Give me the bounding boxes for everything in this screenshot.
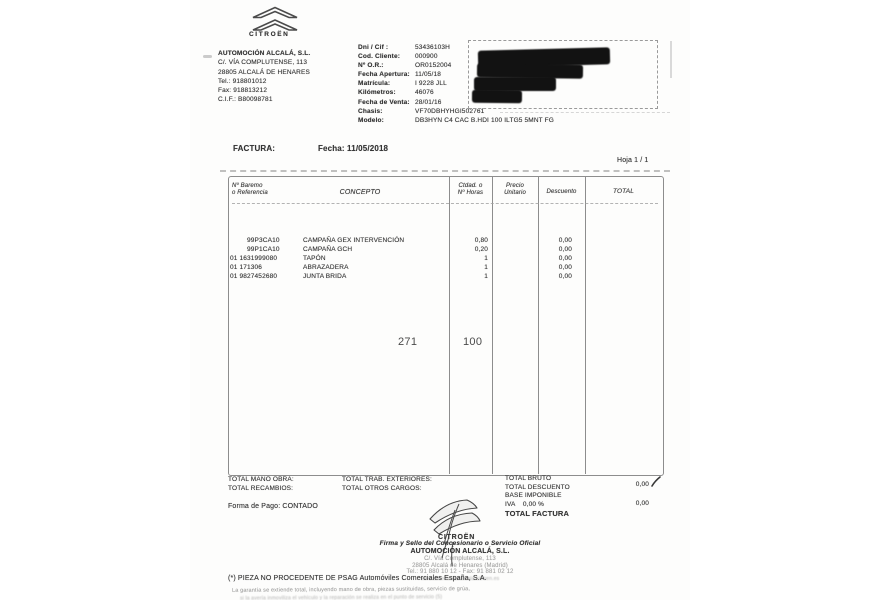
redaction-mark xyxy=(472,90,522,104)
citroen-logo-icon xyxy=(250,6,300,32)
brand-wordmark: CITROËN xyxy=(249,31,289,38)
field-value: I 9228 JLL xyxy=(415,80,447,87)
item-ref: 99P3CA10 xyxy=(247,237,280,244)
col-header-line: Unitario xyxy=(493,190,537,197)
field-label: Nº O.R.: xyxy=(358,61,415,70)
iva-label: IVA 0,00 % xyxy=(505,501,544,508)
item-qty: 0,80 xyxy=(444,237,488,244)
field-value: 11/05/18 xyxy=(415,71,441,78)
field-label: Chasis: xyxy=(358,107,415,116)
dealer-address2: 28805 ALCALÁ DE HENARES xyxy=(218,68,310,77)
iva-value: 0,00 xyxy=(625,500,649,507)
total-mano-obra-label: TOTAL MANO OBRA: xyxy=(228,476,294,483)
field-label: Fecha de Venta: xyxy=(358,98,415,107)
total-bruto-label: TOTAL BRUTO xyxy=(505,475,551,482)
field-label: Matrícula: xyxy=(358,79,415,88)
item-discount: 0,00 xyxy=(528,246,572,253)
total-trab-exteriores-label: TOTAL TRAB. EXTERIORES: xyxy=(342,476,432,483)
col-header-precio: Precio Unitario xyxy=(493,183,537,197)
overlay-number-left: 271 xyxy=(398,336,417,348)
dealer-fax: Fax: 918813212 xyxy=(218,86,310,95)
item-qty: 1 xyxy=(444,273,488,280)
doc-type-label: FACTURA: xyxy=(233,144,275,153)
item-concept: CAMPAÑA GEX INTERVENCIÓN xyxy=(303,237,404,244)
dealer-info: AUTOMOCIÓN ALCALÁ, S.L. C/. VÍA COMPLUTE… xyxy=(218,49,310,105)
dealer-tel: Tel.: 918801012 xyxy=(218,77,310,86)
field-label: Modelo: xyxy=(358,116,415,125)
field-value: OR0152004 xyxy=(415,62,451,69)
col-header-referencia: Nº Baremo o Referencia xyxy=(232,183,268,197)
field-value: 28/01/16 xyxy=(415,99,442,106)
firma-sello-line: Firma y Sello del Concesionario o Servic… xyxy=(330,541,590,548)
base-imponible-label: BASE IMPONIBLE xyxy=(505,492,562,499)
col-header-line: o Referencia xyxy=(232,190,268,197)
field-label: Kilómetros: xyxy=(358,88,415,97)
items-table xyxy=(228,176,664,476)
warranty-fine-print-1: La garantía se extiende total, incluyend… xyxy=(232,586,470,594)
col-header-cantidad: Ctdad. o Nº Horas xyxy=(450,183,491,197)
footer-dealer-name: AUTOMOCIÓN ALCALÁ, S.L. xyxy=(330,549,590,556)
dashed-artifact-line xyxy=(500,112,670,113)
item-discount: 0,00 xyxy=(528,273,572,280)
item-concept: ABRAZADERA xyxy=(303,264,349,271)
field-label: Cod. Cliente: xyxy=(358,52,415,61)
column-divider xyxy=(585,176,586,474)
field-modelo: Modelo:DB3HYN C4 CAC B.HDI 100 ILTG5 5MN… xyxy=(358,116,554,125)
pieza-note: (*) PIEZA NO PROCEDENTE DE PSAG Automóvi… xyxy=(228,575,487,582)
pen-mark-icon xyxy=(650,476,662,488)
col-header-line: Nº Horas xyxy=(450,190,491,197)
item-concept: JUNTA BRIDA xyxy=(303,273,346,280)
column-divider xyxy=(449,176,450,474)
dealer-address1: C/. VÍA COMPLUTENSE, 113 xyxy=(218,58,310,67)
item-ref: 99P1CA10 xyxy=(247,246,280,253)
item-concept: TAPÓN xyxy=(303,255,326,262)
column-divider xyxy=(538,176,539,474)
invoice-date: Fecha: 11/05/2018 xyxy=(318,144,388,153)
dealer-cif: C.I.F.: B80098781 xyxy=(218,95,310,104)
field-label: Fecha Apertura: xyxy=(358,70,415,79)
total-otros-cargos-label: TOTAL OTROS CARGOS: xyxy=(342,485,422,492)
forma-pago: Forma de Pago: CONTADO xyxy=(228,503,318,510)
column-divider xyxy=(492,176,493,474)
item-discount: 0,00 xyxy=(528,237,572,244)
field-value: DB3HYN C4 CAC B.HDI 100 ILTG5 5MNT FG xyxy=(415,117,554,124)
item-ref: 01 9827452680 xyxy=(230,273,277,280)
col-header-total: TOTAL xyxy=(586,188,661,195)
table-row: 01 9827452680 JUNTA BRIDA 1 0,00 xyxy=(228,273,662,283)
page-number: Hoja 1 / 1 xyxy=(617,157,648,164)
item-concept: CAMPAÑA GCH xyxy=(303,246,352,253)
item-qty: 1 xyxy=(444,264,488,271)
item-ref: 01 171306 xyxy=(230,264,262,271)
item-ref: 01 1631999080 xyxy=(230,255,277,262)
field-value: 46076 xyxy=(415,89,434,96)
redacted-client-box xyxy=(468,40,658,109)
header-underline xyxy=(232,203,658,204)
item-discount: 0,00 xyxy=(528,264,572,271)
item-discount: 0,00 xyxy=(528,255,572,262)
total-descuento-label: TOTAL DESCUENTO xyxy=(505,484,570,491)
total-recambios-label: TOTAL RECAMBIOS: xyxy=(228,485,293,492)
item-qty: 1 xyxy=(444,255,488,262)
descuento-value: 0,00 xyxy=(625,481,649,488)
dealer-name: AUTOMOCIÓN ALCALÁ, S.L. xyxy=(218,49,310,58)
scanned-invoice: CITROËN AUTOMOCIÓN ALCALÁ, S.L. C/. VÍA … xyxy=(0,0,880,600)
footer-address1: C/. Vía Complutense, 113 xyxy=(330,556,590,563)
scan-smudge xyxy=(203,55,212,58)
total-factura-label: TOTAL FACTURA xyxy=(505,509,569,518)
field-value: 000900 xyxy=(415,53,438,60)
field-value: 53436103H xyxy=(415,44,450,51)
overlay-number-right: 100 xyxy=(463,336,482,348)
page-edge-artifact xyxy=(670,41,672,78)
separator-line xyxy=(220,170,670,172)
warranty-fine-print-2: si la avería inmoviliza el vehículo y la… xyxy=(240,594,442,600)
col-header-concepto: CONCEPTO xyxy=(300,189,420,196)
field-label: Dni / Cif : xyxy=(358,43,415,52)
col-header-descuento: Descuento xyxy=(539,189,584,196)
item-qty: 0,20 xyxy=(444,246,488,253)
